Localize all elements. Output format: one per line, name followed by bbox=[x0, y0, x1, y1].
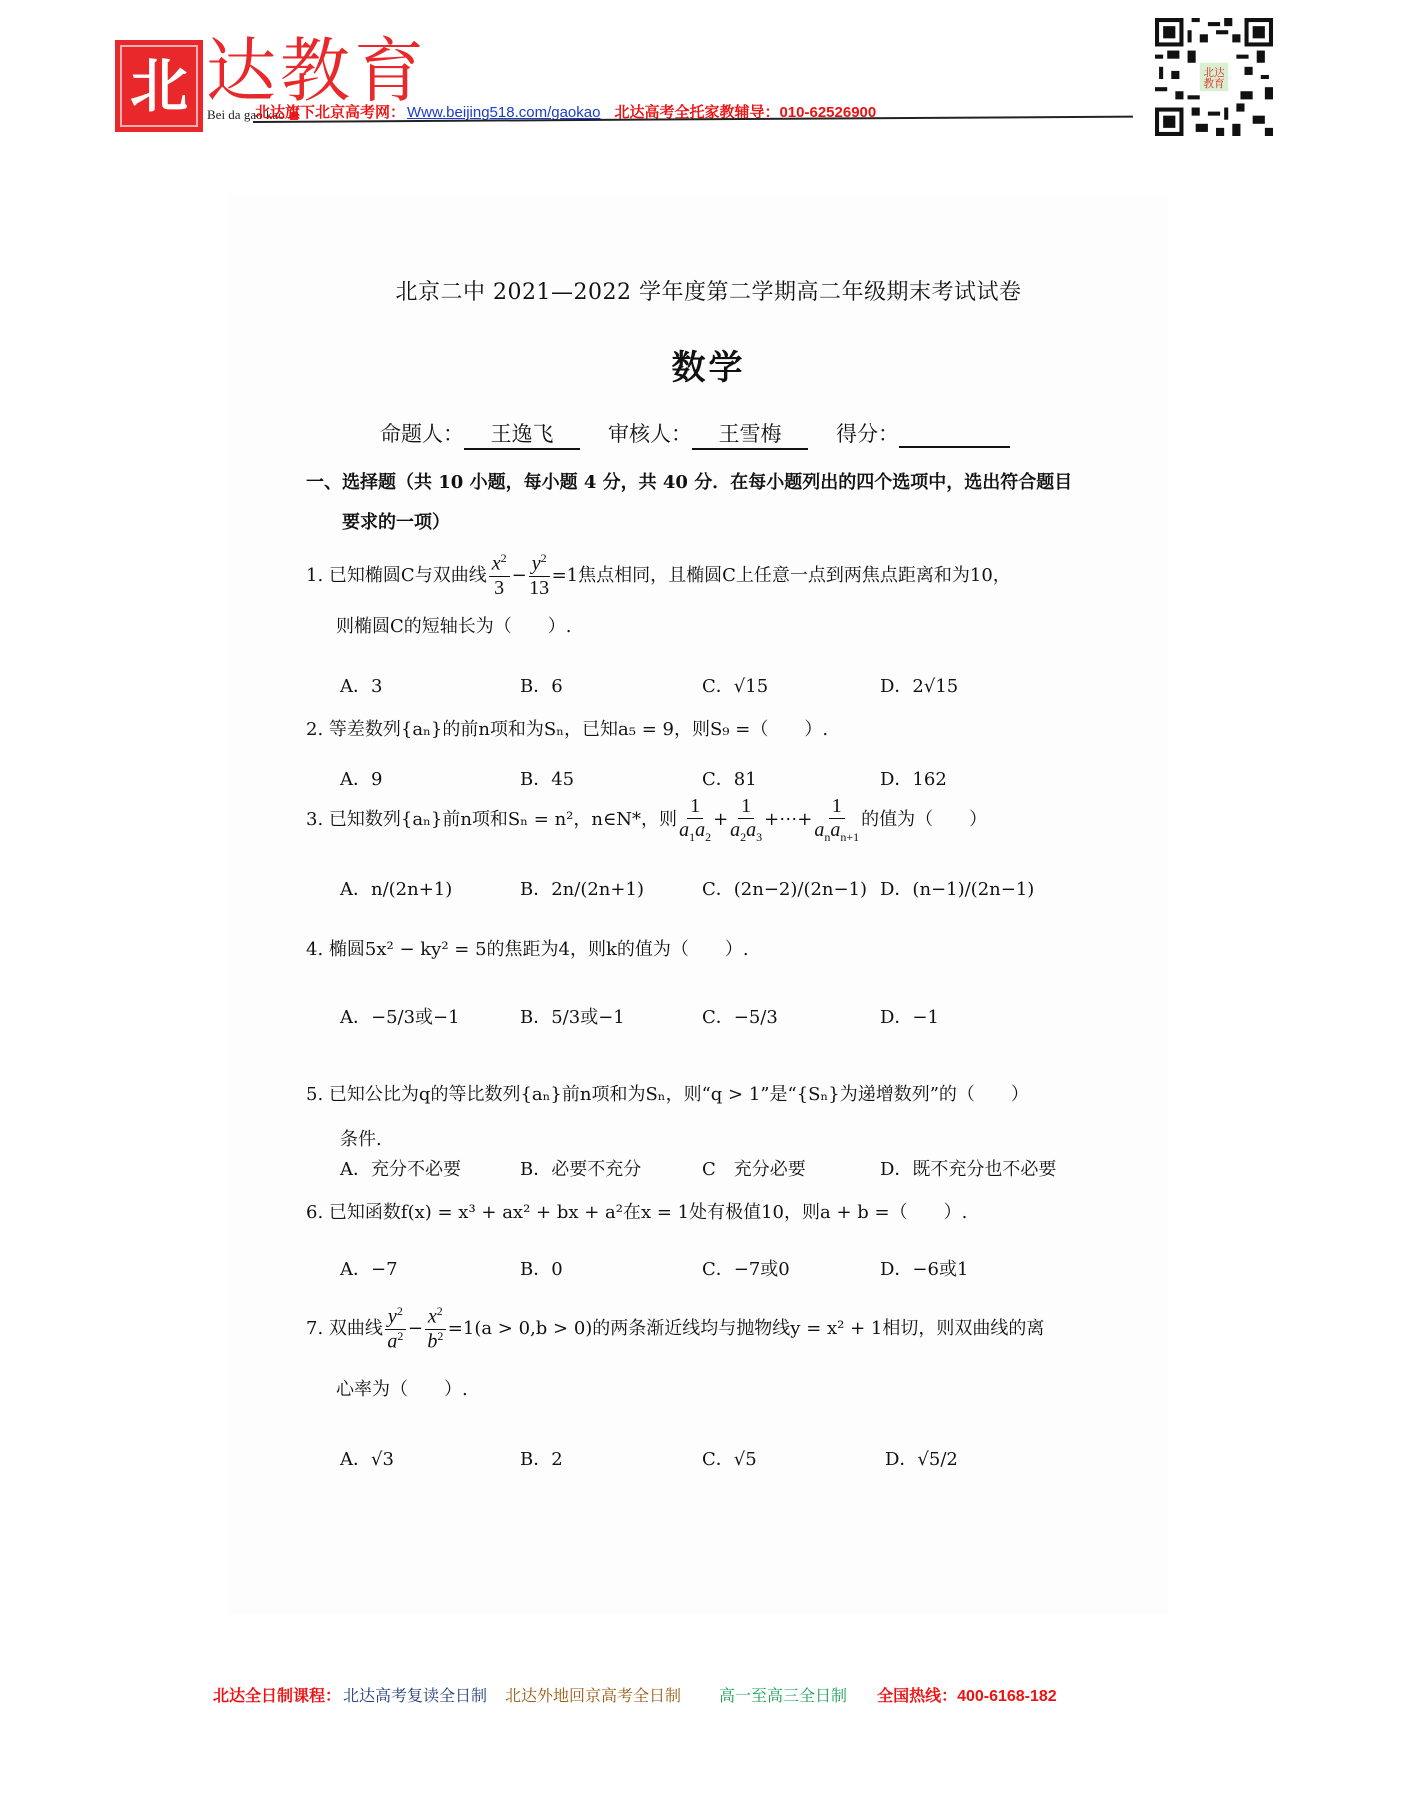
question-text: =1焦点相同，且椭圆C上任意一点到两焦点距离和为10， bbox=[552, 565, 1011, 586]
option-d[interactable]: D．−6或1 bbox=[880, 1255, 968, 1281]
footer-item-repeat: 北达高考复读全日制 bbox=[343, 1688, 487, 1705]
option-d[interactable]: D．−1 bbox=[880, 1003, 939, 1029]
author-name: 王逸飞 bbox=[464, 418, 580, 450]
option-b[interactable]: B．45 bbox=[520, 765, 574, 791]
footer-banner: 北达全日制课程：北达高考复读全日制北达外地回京高考全日制高一至高三全日制全国热线… bbox=[213, 1683, 1075, 1706]
author-label: 命题人： bbox=[380, 422, 464, 446]
option-a[interactable]: A．n/(2n+1) bbox=[340, 875, 452, 901]
question-number: 4. bbox=[306, 939, 323, 960]
option-b[interactable]: B．2n/(2n+1) bbox=[520, 875, 644, 901]
scanned-page bbox=[228, 195, 1168, 1615]
score-blank[interactable] bbox=[899, 422, 1010, 448]
option-b[interactable]: B．2 bbox=[520, 1445, 563, 1471]
option-d[interactable]: D．(n−1)/(2n−1) bbox=[880, 875, 1034, 901]
option-b[interactable]: B．必要不充分 bbox=[520, 1155, 641, 1181]
option-c[interactable]: C．−5/3 bbox=[702, 1003, 778, 1029]
question-text: 椭圆5x² − ky² = 5的焦距为4，则k的值为（ ）. bbox=[329, 939, 749, 960]
option-c[interactable]: C．(2n−2)/(2n−1) bbox=[702, 875, 867, 901]
question-text: 双曲线 bbox=[329, 1318, 383, 1339]
option-a[interactable]: A．√3 bbox=[340, 1445, 394, 1471]
option-a[interactable]: A．−5/3或−1 bbox=[340, 1003, 460, 1029]
section-line-1: 一、选择题（共 10 小题，每小题 4 分，共 40 分．在每小题列出的四个选项… bbox=[306, 463, 1086, 503]
svg-text:教育: 教育 bbox=[1203, 77, 1224, 90]
option-a[interactable]: A．3 bbox=[340, 672, 382, 698]
reviewer-label: 审核人： bbox=[608, 422, 692, 446]
exam-title: 北京二中 2021—2022 学年度第二学期高二年级期末考试试卷 bbox=[0, 275, 1417, 306]
question-1-cont: 则椭圆C的短轴长为（ ）. bbox=[336, 612, 572, 638]
question-6: 6. 已知函数f(x) = x³ + ax² + bx + a²在x = 1处有… bbox=[306, 1198, 967, 1224]
fraction: x23 bbox=[489, 552, 510, 600]
option-c[interactable]: C 充分必要 bbox=[702, 1155, 806, 1181]
reviewer-name: 王雪梅 bbox=[692, 418, 808, 450]
question-number: 6. bbox=[306, 1202, 323, 1223]
question-5-cont: 条件. bbox=[340, 1125, 382, 1151]
fraction: 1anan+1 bbox=[814, 795, 859, 845]
logo-text: 达教育 bbox=[206, 36, 428, 106]
option-c[interactable]: C．−7或0 bbox=[702, 1255, 790, 1281]
option-a[interactable]: A．−7 bbox=[340, 1255, 398, 1281]
question-text: 已知公比为q的等比数列{aₙ}前n项和为Sₙ，则“q > 1”是“{Sₙ}为递增… bbox=[329, 1084, 1029, 1105]
question-number: 1. bbox=[306, 565, 323, 586]
section-line-2: 要求的一项） bbox=[306, 503, 1086, 543]
fraction: 1a1a2 bbox=[679, 795, 711, 845]
question-7: 7. 双曲线y2a2−x2b2=1(a > 0,b > 0)的两条渐近线均与抛物… bbox=[306, 1305, 1044, 1353]
question-number: 2. bbox=[306, 719, 323, 740]
option-d[interactable]: D．2√15 bbox=[880, 672, 958, 698]
section-heading: 一、选择题（共 10 小题，每小题 4 分，共 40 分．在每小题列出的四个选项… bbox=[306, 463, 1086, 543]
question-text: 已知椭圆C与双曲线 bbox=[329, 565, 487, 586]
option-a[interactable]: A．9 bbox=[340, 765, 382, 791]
question-4: 4. 椭圆5x² − ky² = 5的焦距为4，则k的值为（ ）. bbox=[306, 935, 749, 961]
fraction: y213 bbox=[529, 552, 550, 600]
option-b[interactable]: B．5/3或−1 bbox=[520, 1003, 625, 1029]
footer-item-fulltime: 高一至高三全日制 bbox=[719, 1688, 847, 1705]
question-number: 5. bbox=[306, 1084, 323, 1105]
question-7-cont: 心率为（ ）. bbox=[336, 1375, 468, 1401]
option-a[interactable]: A．充分不必要 bbox=[340, 1155, 461, 1181]
question-2: 2. 等差数列{aₙ}的前n项和为Sₙ，已知a₅ = 9，则S₉ =（ ）. bbox=[306, 715, 828, 741]
question-text: 已知数列{aₙ}前n项和Sₙ = n²，n∈N*，则 bbox=[329, 809, 677, 830]
option-d[interactable]: D．162 bbox=[880, 765, 947, 791]
fraction: y2a2 bbox=[385, 1305, 406, 1353]
question-text: 已知函数f(x) = x³ + ax² + bx + a²在x = 1处有极值1… bbox=[329, 1202, 967, 1223]
logo-mark: 北 bbox=[115, 40, 203, 132]
question-1: 1. 已知椭圆C与双曲线x23−y213=1焦点相同，且椭圆C上任意一点到两焦点… bbox=[306, 552, 1011, 600]
question-5: 5. 已知公比为q的等比数列{aₙ}前n项和为Sₙ，则“q > 1”是“{Sₙ}… bbox=[306, 1080, 1029, 1106]
option-c[interactable]: C．√15 bbox=[702, 672, 768, 698]
option-c[interactable]: C．√5 bbox=[702, 1445, 757, 1471]
question-text: 等差数列{aₙ}的前n项和为Sₙ，已知a₅ = 9，则S₉ =（ ）. bbox=[329, 719, 828, 740]
footer-hotline: 全国热线：400-6168-182 bbox=[877, 1688, 1057, 1705]
question-3: 3. 已知数列{aₙ}前n项和Sₙ = n²，n∈N*，则1a1a2+1a2a3… bbox=[306, 795, 987, 845]
option-d[interactable]: D．既不充分也不必要 bbox=[880, 1155, 1056, 1181]
option-b[interactable]: B．6 bbox=[520, 672, 563, 698]
question-number: 3. bbox=[306, 809, 323, 830]
question-text: 的值为（ ） bbox=[861, 809, 987, 830]
option-b[interactable]: B．0 bbox=[520, 1255, 563, 1281]
subject-title: 数学 bbox=[0, 340, 1417, 389]
site-label: 北达旗下北京高考网： bbox=[255, 104, 405, 121]
question-number: 7. bbox=[306, 1318, 323, 1339]
fraction: x2b2 bbox=[425, 1305, 446, 1353]
question-text: =1(a > 0,b > 0)的两条渐近线均与抛物线y = x² + 1相切，则… bbox=[448, 1318, 1045, 1339]
fraction: 1a2a3 bbox=[730, 795, 762, 845]
qr-code-icon: 北达 教育 bbox=[1155, 18, 1273, 136]
score-label: 得分： bbox=[836, 422, 899, 446]
footer-label: 北达全日制课程： bbox=[213, 1688, 341, 1705]
option-c[interactable]: C．81 bbox=[702, 765, 757, 791]
footer-item-return: 北达外地回京高考全日制 bbox=[505, 1688, 681, 1705]
exam-meta: 命题人：王逸飞审核人：王雪梅得分： bbox=[380, 418, 1010, 450]
logo-mark-char: 北 bbox=[130, 57, 188, 115]
option-d[interactable]: D．√5/2 bbox=[885, 1445, 958, 1471]
